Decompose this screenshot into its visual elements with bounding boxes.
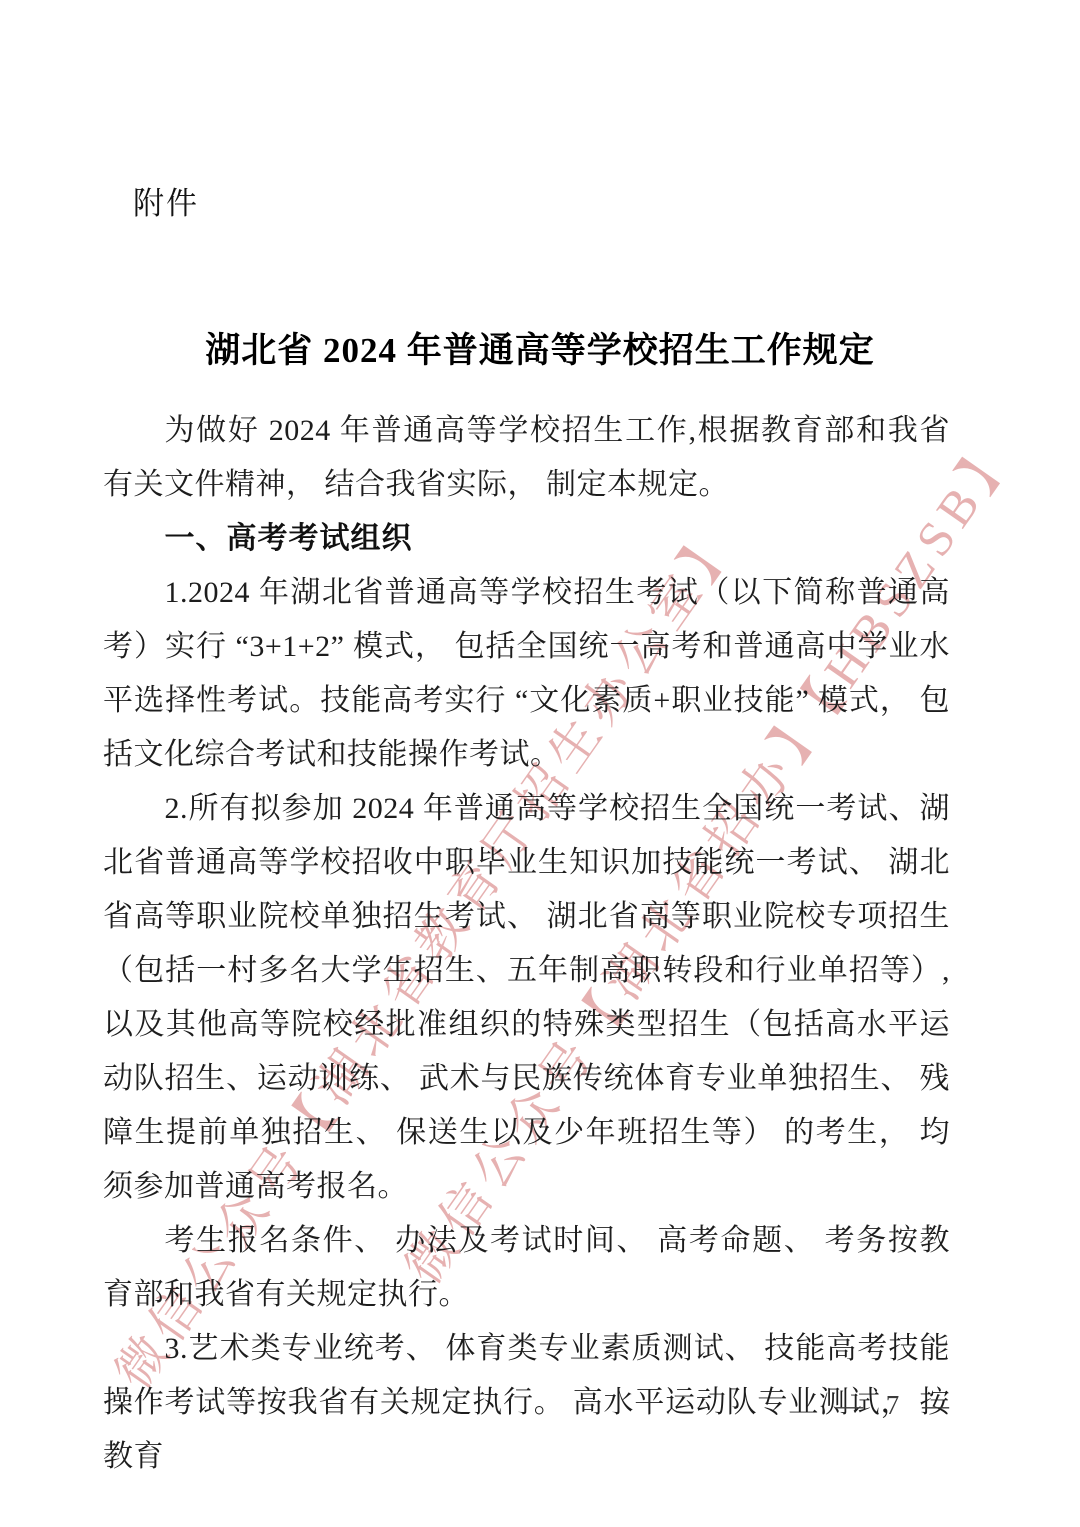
paragraph-item-2: 2.所有拟参加 2024 年普通高等学校招生全国统一考试、湖北省普通高等学校招收… — [103, 782, 950, 1214]
paragraph-intro: 为做好 2024 年普通高等学校招生工作,根据教育部和我省有关文件精神， 结合我… — [103, 404, 950, 512]
document-page: 微信公众号【湖北省教育厅招生办公室】 微信公众号【湖北省招办】【HBSZSB】 … — [0, 0, 1080, 1527]
section-heading-exam-organization: 一、高考考试组织 — [103, 512, 950, 566]
paragraph-item-3: 3.艺术类专业统考、 体育类专业素质测试、 技能高考技能操作考试等按我省有关规定… — [103, 1322, 950, 1484]
document-body: 为做好 2024 年普通高等学校招生工作,根据教育部和我省有关文件精神， 结合我… — [103, 404, 950, 1484]
attachment-label: 附件 — [133, 178, 199, 223]
page-number: — 7 — — [836, 1390, 957, 1421]
document-title: 湖北省 2024 年普通高等学校招生工作规定 — [0, 323, 1080, 373]
paragraph-registration: 考生报名条件、 办法及考试时间、 高考命题、 考务按教育部和我省有关规定执行。 — [103, 1214, 950, 1322]
paragraph-item-1: 1.2024 年湖北省普通高等学校招生考试（以下简称普通高考）实行 “3+1+2… — [103, 566, 950, 782]
